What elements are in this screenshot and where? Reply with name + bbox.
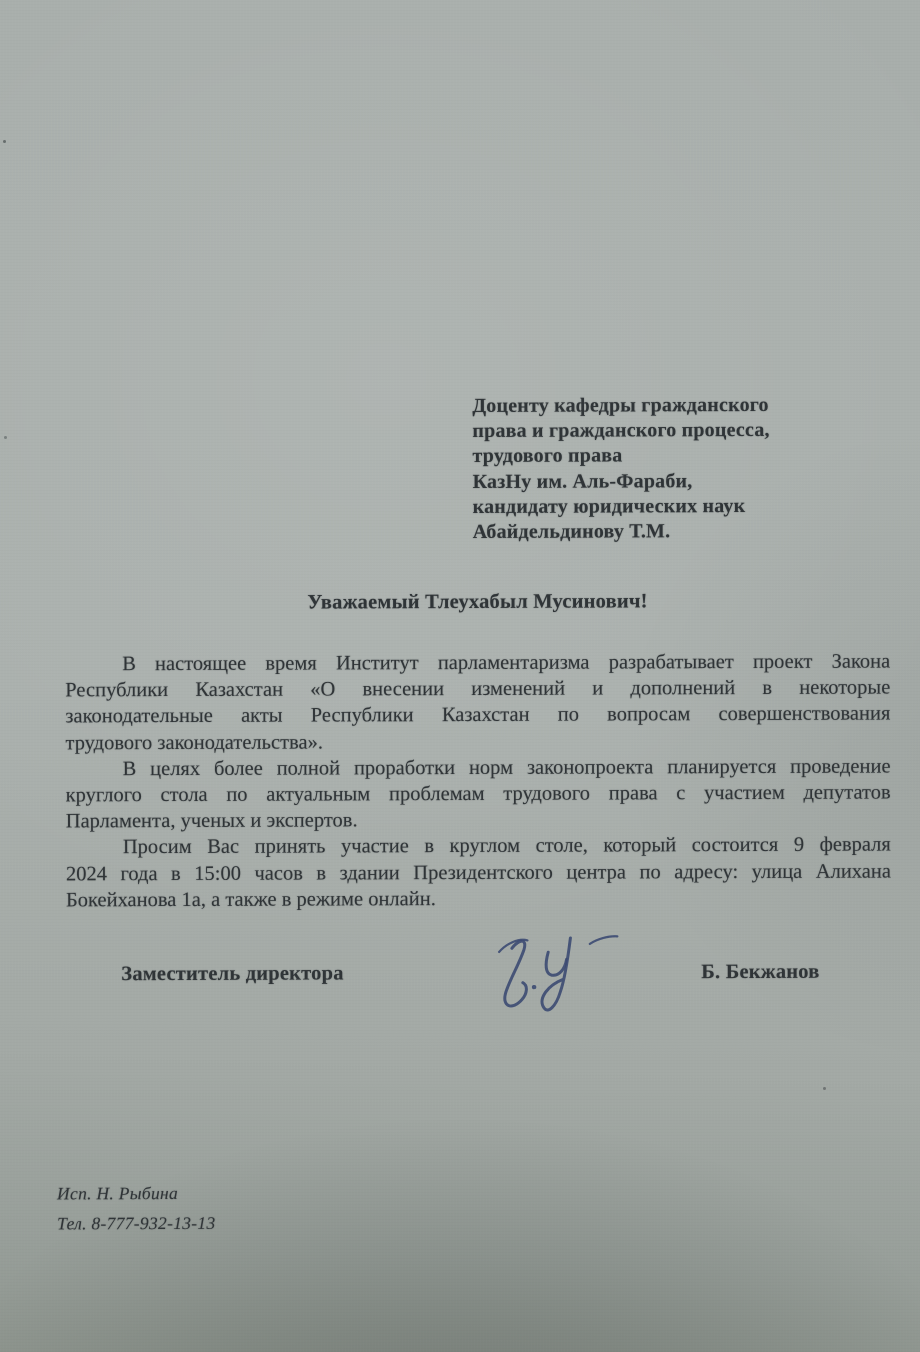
recipient-line: Абайдельдинову Т.М.	[473, 519, 770, 545]
executor-phone-line: Тел. 8-777-932-13-13	[57, 1208, 215, 1239]
body-line: В настоящее время Институт парламентариз…	[65, 648, 890, 677]
executor-name-line: Исп. Н. Рыбина	[57, 1178, 215, 1209]
body-line: круглого стола по актуальным проблемам т…	[66, 779, 891, 808]
body-line: Парламента, ученых и экспертов.	[66, 806, 891, 835]
body-line: Республики Казахстан «О внесении изменен…	[65, 675, 890, 704]
salutation: Уважаемый Тлеухабыл Мусинович!	[65, 589, 890, 615]
signer-name: Б. Бекжанов	[701, 961, 819, 984]
recipient-line: КазНу им. Аль-Фараби,	[473, 469, 770, 495]
letter-body: В настоящее время Институт парламентариз…	[65, 648, 891, 913]
recipient-block: Доценту кафедры гражданского права и гра…	[472, 393, 770, 545]
body-line: законодательные акты Республики Казахста…	[65, 701, 890, 730]
recipient-line: права и гражданского процесса,	[472, 418, 769, 444]
body-line: 2024 года в 15:00 часов в здании Президе…	[66, 858, 891, 887]
body-line: В целях более полной проработки норм зак…	[66, 753, 891, 782]
executor-block: Исп. Н. Рыбина Тел. 8-777-932-13-13	[57, 1178, 216, 1239]
paragraph: В настоящее время Институт парламентариз…	[65, 648, 890, 756]
recipient-line: трудового права	[472, 443, 769, 469]
letter-content: Доценту кафедры гражданского права и гра…	[0, 0, 920, 1352]
recipient-line: Доценту кафедры гражданского	[472, 393, 769, 419]
body-line: Бокейханова 1а, а также в режиме онлайн.	[66, 884, 891, 913]
paragraph: В целях более полной проработки норм зак…	[66, 753, 891, 834]
handwritten-signature-icon	[467, 917, 652, 1027]
signer-position-label: Заместитель директора	[121, 962, 343, 986]
recipient-line: кандидату юридических наук	[473, 494, 770, 520]
body-line: Просим Вас принять участие в круглом сто…	[66, 832, 891, 861]
paragraph: Просим Вас принять участие в круглом сто…	[66, 832, 891, 913]
body-line: трудового законодательства».	[65, 727, 890, 756]
scanned-letter-photo: Доценту кафедры гражданского права и гра…	[0, 0, 920, 1352]
